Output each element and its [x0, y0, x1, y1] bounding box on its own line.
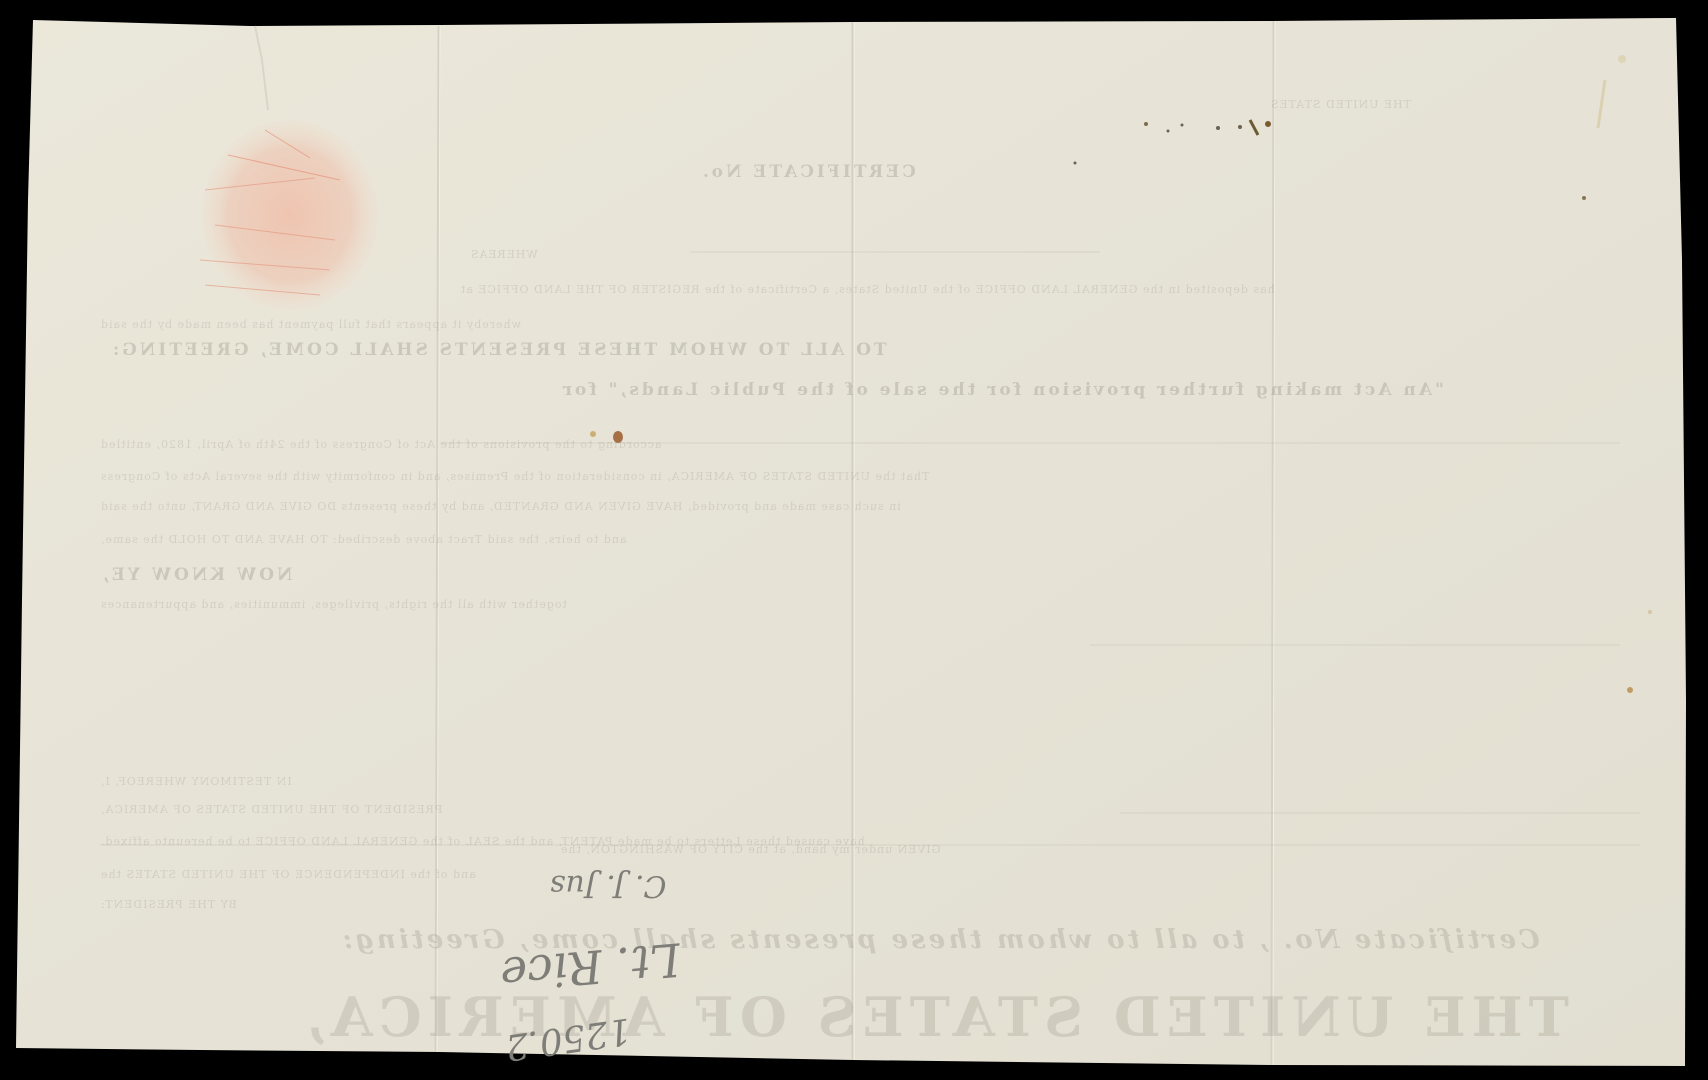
bleed-line-14: and of the INDEPENDENCE OF THE UNITED ST…	[100, 868, 476, 881]
bleed-line-9: together with all the rights, privileges…	[100, 598, 567, 611]
bleed-line-1: WHEREAS	[470, 248, 538, 261]
bleed-line-13: GIVEN under my hand, at the CITY OF WASH…	[560, 843, 940, 856]
bleed-mid-heading: NOW KNOW YE,	[100, 565, 293, 585]
bleed-heading-2: "An Act making further provision for the…	[560, 380, 1444, 400]
bleed-line-15: BY THE PRESIDENT:	[100, 898, 237, 911]
bleed-line-11: PRESIDENT OF THE UNITED STATES OF AMERIC…	[100, 803, 442, 816]
document-scan: THE UNITED STATES CERTIFICATE No. WHEREA…	[0, 0, 1708, 1080]
bleed-big-title: THE UNITED STATES OF AMERICA,	[300, 985, 1569, 1049]
bleed-line-6: That the UNITED STATES OF AMERICA, in co…	[100, 470, 929, 483]
bleed-line-4: according to the provisions of the Act o…	[100, 438, 661, 451]
bleed-heading-line: TO ALL TO WHOM THESE PRESENTS SHALL COME…	[110, 340, 887, 360]
bleed-line-3: whereby it appears that full payment has…	[100, 318, 521, 331]
bleed-line-2: has deposited in the GENERAL LAND OFFICE…	[460, 283, 1275, 296]
pencil-note-1: C. J. Jus	[550, 868, 666, 903]
bleed-line-10: IN TESTIMONY WHEREOF, I,	[100, 775, 292, 788]
bleed-certificate-line: CERTIFICATE No.	[700, 162, 916, 182]
bleed-line-8: and to heirs, the said Tract above descr…	[100, 533, 627, 546]
bleed-line-7: in such case made and provided, HAVE GIV…	[100, 500, 901, 513]
bleed-top-right-label: THE UNITED STATES	[1270, 98, 1411, 111]
